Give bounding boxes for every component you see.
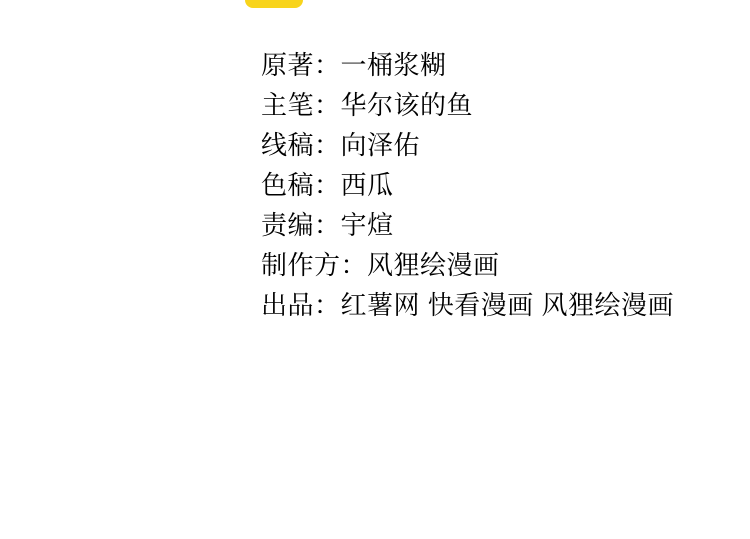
credit-line-coloring: 色稿：西瓜 — [261, 165, 674, 205]
credit-line-line-art: 线稿：向泽佑 — [261, 125, 674, 165]
credit-line-editor: 责编：宇煊 — [261, 205, 674, 245]
yellow-banner-tab — [245, 0, 303, 8]
comic-credits-page: 原著：一桶浆糊 主笔：华尔该的鱼 线稿：向泽佑 色稿：西瓜 责编：宇煊 制作方：… — [0, 0, 750, 539]
credits-list: 原著：一桶浆糊 主笔：华尔该的鱼 线稿：向泽佑 色稿：西瓜 责编：宇煊 制作方：… — [261, 45, 674, 325]
credit-line-production: 制作方：风狸绘漫画 — [261, 245, 674, 285]
credit-line-lead-artist: 主笔：华尔该的鱼 — [261, 85, 674, 125]
credit-line-publisher: 出品：红薯网 快看漫画 风狸绘漫画 — [261, 285, 674, 325]
credit-line-original-work: 原著：一桶浆糊 — [261, 45, 674, 85]
